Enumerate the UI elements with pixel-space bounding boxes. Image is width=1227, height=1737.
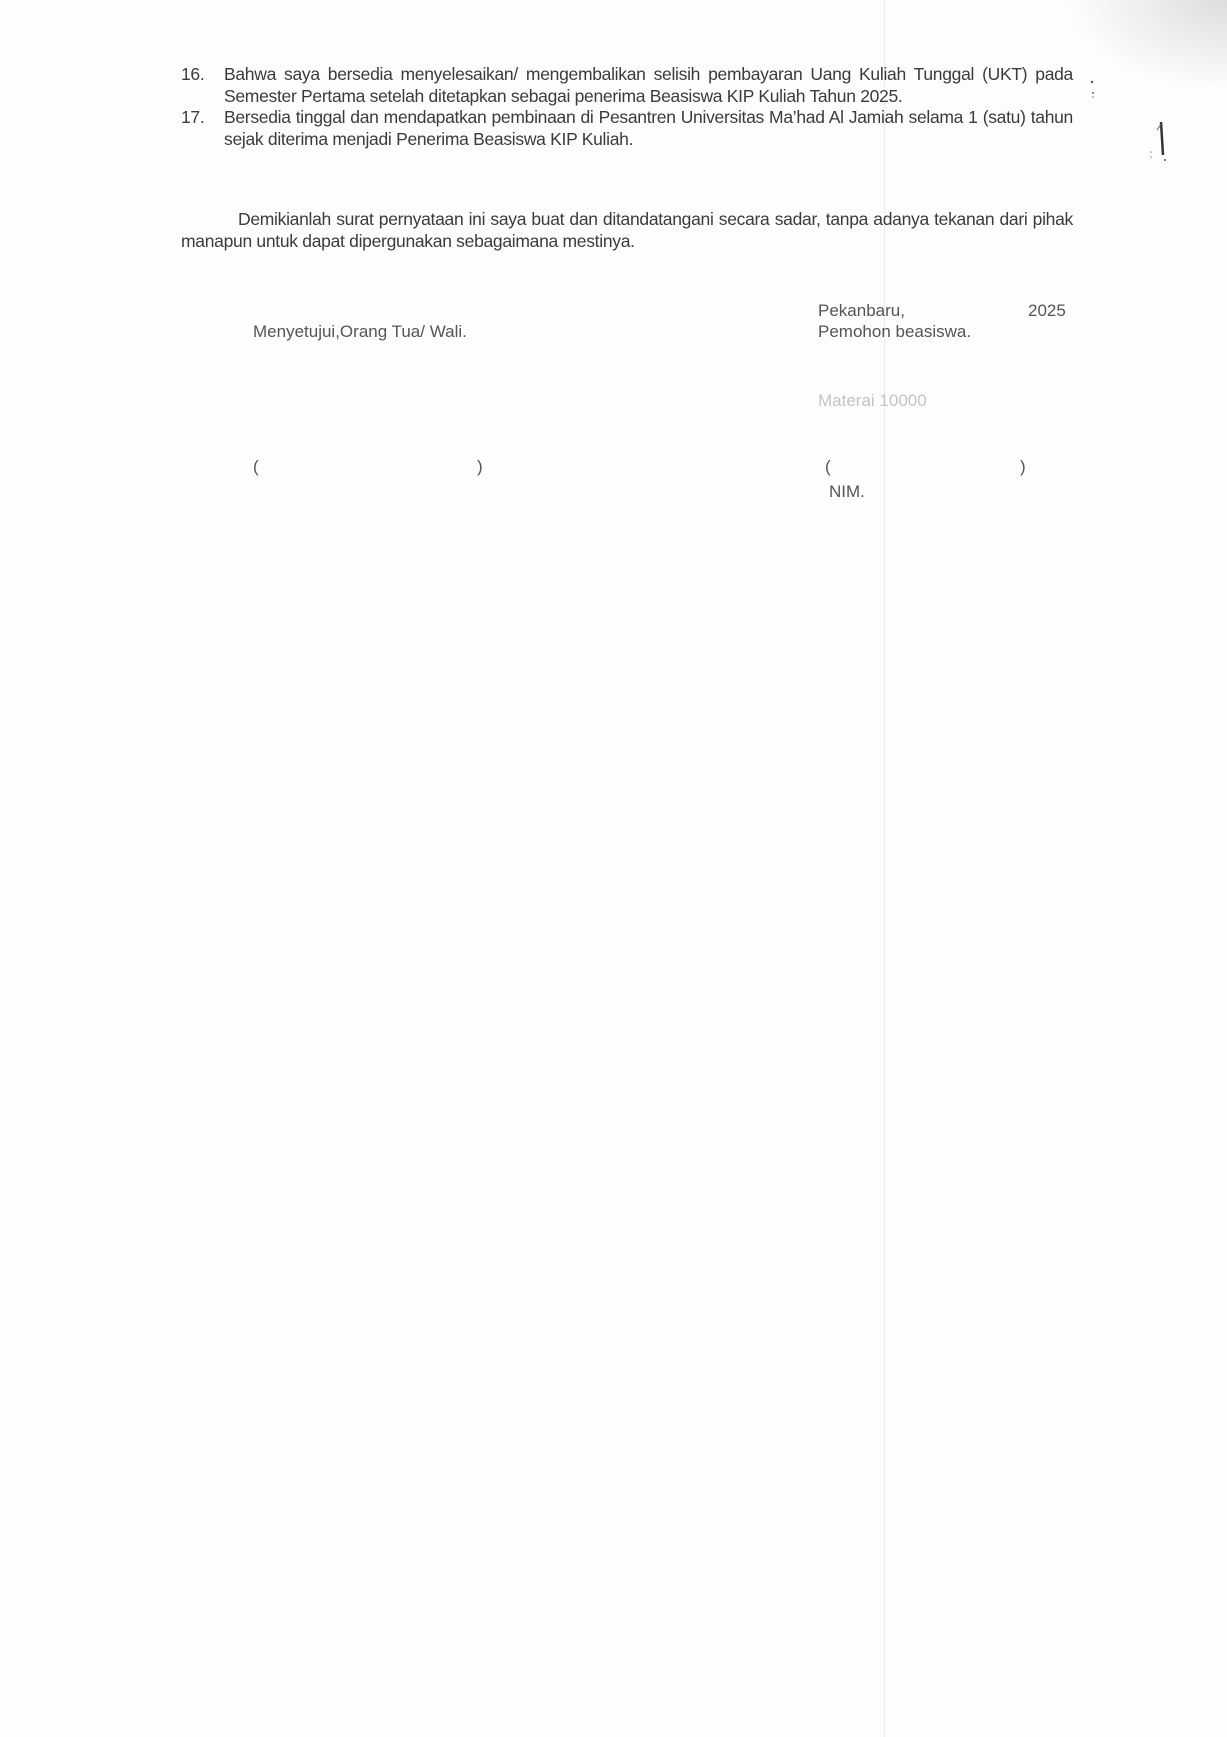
stamp-duty-note: Materai 10000 (818, 391, 927, 411)
applicant-name-open-paren: ( (825, 457, 831, 477)
applicant-name-close-paren: ) (1020, 457, 1026, 477)
item-number: 16. (181, 64, 224, 107)
statement-item-16: 16. Bahwa saya bersedia menyelesaikan/ m… (181, 64, 1073, 107)
statement-list: 16. Bahwa saya bersedia menyelesaikan/ m… (181, 64, 1073, 150)
applicant-label: Pemohon beasiswa. (818, 322, 971, 342)
item-number: 17. (181, 107, 224, 150)
item-text: Bahwa saya bersedia menyelesaikan/ menge… (224, 64, 1073, 107)
place-label: Pekanbaru, (818, 301, 905, 321)
scan-specks (1085, 60, 1185, 170)
item-text: Bersedia tinggal dan mendapatkan pembina… (224, 107, 1073, 150)
parent-name-open-paren: ( (253, 457, 259, 477)
parent-name-close-paren: ) (477, 457, 483, 477)
date-year: 2025 (1028, 301, 1066, 321)
closing-paragraph: Demikianlah surat pernyataan ini saya bu… (181, 209, 1073, 252)
parent-approval-label: Menyetujui,Orang Tua/ Wali. (253, 322, 467, 342)
scan-fold-line (884, 0, 885, 1737)
statement-item-17: 17. Bersedia tinggal dan mendapatkan pem… (181, 107, 1073, 150)
nim-label: NIM. (829, 482, 865, 502)
